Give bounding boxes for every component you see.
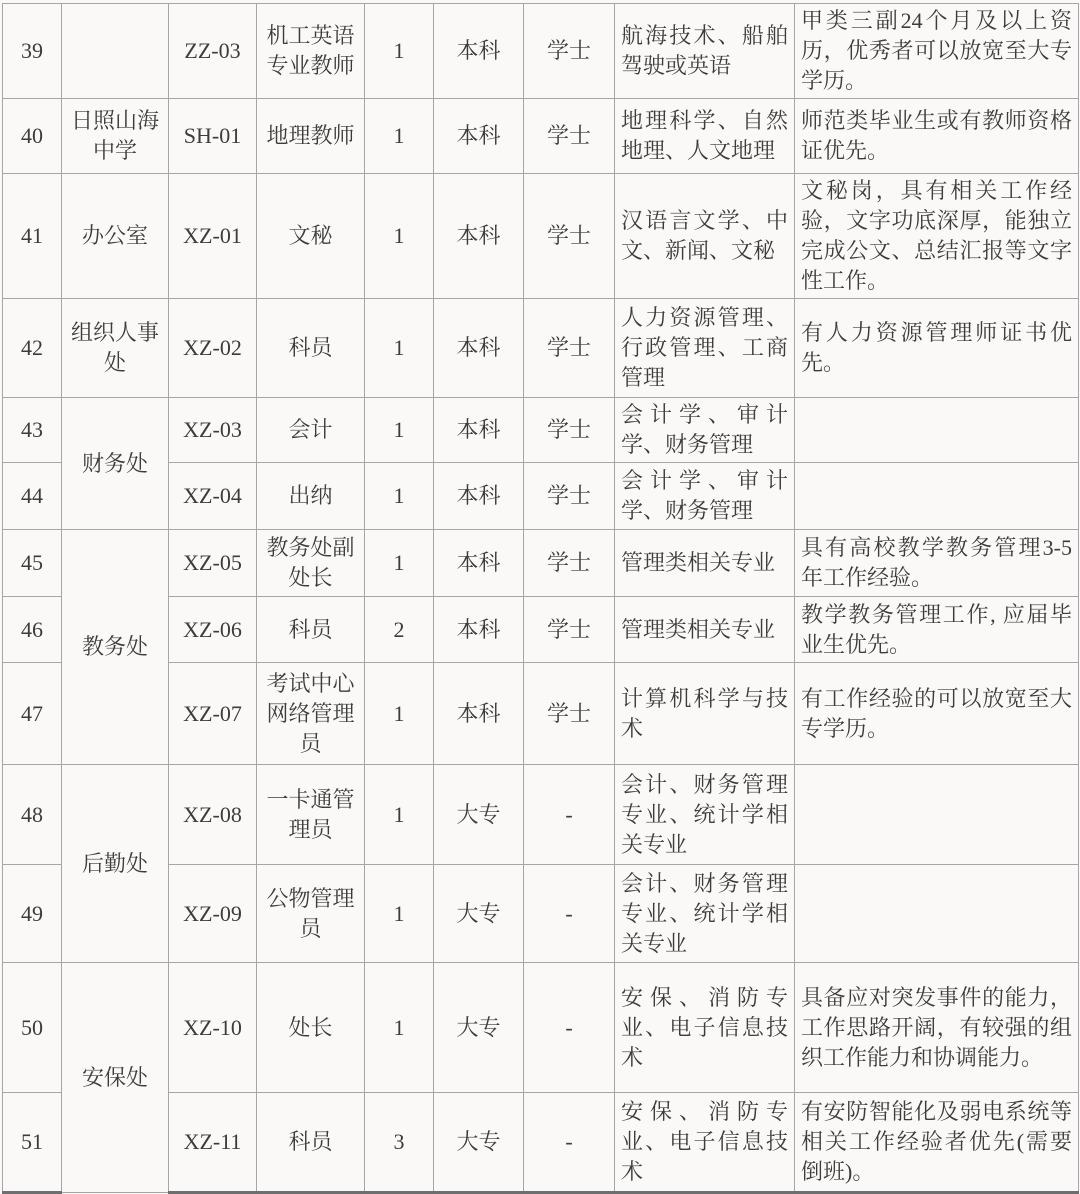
position-cell: 科员 [257, 299, 365, 398]
job-code-cell: XZ-05 [169, 530, 257, 597]
row-number-cell: 50 [3, 963, 62, 1093]
headcount-cell: 1 [365, 530, 434, 597]
row-number-cell: 39 [3, 4, 62, 99]
degree-cell: 学士 [524, 99, 615, 174]
position-cell: 机工英语专业教师 [257, 4, 365, 99]
education-cell: 大专 [434, 1093, 524, 1193]
major-cell: 会计、财务管理专业、统计学相关专业 [615, 765, 795, 865]
headcount-cell: 2 [365, 597, 434, 663]
job-code-cell: XZ-07 [169, 663, 257, 765]
major-cell: 汉语言文学、中文、新闻、文秘 [615, 174, 795, 299]
major-cell: 人力资源管理、行政管理、工商管理 [615, 299, 795, 398]
degree-cell: - [524, 963, 615, 1093]
job-code-cell: XZ-01 [169, 174, 257, 299]
row-number-cell: 51 [3, 1093, 62, 1193]
row-number-cell: 47 [3, 663, 62, 765]
education-cell: 本科 [434, 530, 524, 597]
headcount-cell: 1 [365, 865, 434, 963]
department-cell: 日照山海中学 [62, 99, 169, 174]
position-cell: 地理教师 [257, 99, 365, 174]
degree-cell: 学士 [524, 597, 615, 663]
requirements-cell: 教学教务管理工作, 应届毕业生优先。 [795, 597, 1079, 663]
major-cell: 管理类相关专业 [615, 597, 795, 663]
position-cell: 会计 [257, 398, 365, 463]
department-cell-merged: 教务处 [62, 530, 169, 765]
position-cell: 处长 [257, 963, 365, 1093]
department-cell-merged: 安保处 [62, 963, 169, 1193]
job-code-cell: XZ-09 [169, 865, 257, 963]
major-cell: 会计学、审计学、财务管理 [615, 463, 795, 530]
headcount-cell: 1 [365, 174, 434, 299]
department-cell: 组织人事处 [62, 299, 169, 398]
requirements-cell: 师范类毕业生或有教师资格证优先。 [795, 99, 1079, 174]
degree-cell: 学士 [524, 463, 615, 530]
position-cell: 一卡通管理员 [257, 765, 365, 865]
job-code-cell: XZ-03 [169, 398, 257, 463]
row-number-cell: 49 [3, 865, 62, 963]
major-cell: 会计、财务管理专业、统计学相关专业 [615, 865, 795, 963]
major-cell: 安保、消防专业、电子信息技术 [615, 963, 795, 1093]
headcount-cell: 1 [365, 4, 434, 99]
table-row: 45 教务处 XZ-05 教务处副处长 1 本科 学士 管理类相关专业 具有高校… [3, 530, 1079, 597]
headcount-cell: 1 [365, 299, 434, 398]
education-cell: 本科 [434, 597, 524, 663]
education-cell: 大专 [434, 865, 524, 963]
requirements-cell [795, 398, 1079, 463]
requirements-cell [795, 463, 1079, 530]
major-cell: 安保、消防专业、电子信息技术 [615, 1093, 795, 1193]
table-row: 39 ZZ-03 机工英语专业教师 1 本科 学士 航海技术、船舶驾驶或英语 甲… [3, 4, 1079, 99]
row-number-cell: 40 [3, 99, 62, 174]
requirements-cell: 有安防智能化及弱电系统等相关工作经验者优先(需要倒班)。 [795, 1093, 1079, 1193]
headcount-cell: 1 [365, 663, 434, 765]
department-cell-merged: 后勤处 [62, 765, 169, 963]
row-number-cell: 41 [3, 174, 62, 299]
education-cell: 本科 [434, 4, 524, 99]
table-row: 50 安保处 XZ-10 处长 1 大专 - 安保、消防专业、电子信息技术 具备… [3, 963, 1079, 1093]
education-cell: 本科 [434, 299, 524, 398]
education-cell: 本科 [434, 398, 524, 463]
requirements-cell [795, 865, 1079, 963]
requirements-cell: 有人力资源管理师证书优先。 [795, 299, 1079, 398]
position-cell: 出纳 [257, 463, 365, 530]
job-code-cell: ZZ-03 [169, 4, 257, 99]
education-cell: 大专 [434, 765, 524, 865]
degree-cell: 学士 [524, 398, 615, 463]
position-cell: 科员 [257, 1093, 365, 1193]
position-cell: 考试中心网络管理员 [257, 663, 365, 765]
job-code-cell: SH-01 [169, 99, 257, 174]
job-code-cell: XZ-10 [169, 963, 257, 1093]
headcount-cell: 1 [365, 463, 434, 530]
table-row: 48 后勤处 XZ-08 一卡通管理员 1 大专 - 会计、财务管理专业、统计学… [3, 765, 1079, 865]
position-cell: 公物管理员 [257, 865, 365, 963]
major-cell: 地理科学、自然地理、人文地理 [615, 99, 795, 174]
position-cell: 教务处副处长 [257, 530, 365, 597]
degree-cell: - [524, 765, 615, 865]
degree-cell: 学士 [524, 174, 615, 299]
job-code-cell: XZ-02 [169, 299, 257, 398]
row-number-cell: 48 [3, 765, 62, 865]
job-code-cell: XZ-08 [169, 765, 257, 865]
recruitment-table: 39 ZZ-03 机工英语专业教师 1 本科 学士 航海技术、船舶驾驶或英语 甲… [2, 3, 1079, 1193]
row-number-cell: 45 [3, 530, 62, 597]
requirements-cell: 有工作经验的可以放宽至大专学历。 [795, 663, 1079, 765]
headcount-cell: 1 [365, 963, 434, 1093]
requirements-cell: 具有高校教学教务管理3-5年工作经验。 [795, 530, 1079, 597]
headcount-cell: 1 [365, 398, 434, 463]
table-row: 42 组织人事处 XZ-02 科员 1 本科 学士 人力资源管理、行政管理、工商… [3, 299, 1079, 398]
major-cell: 航海技术、船舶驾驶或英语 [615, 4, 795, 99]
education-cell: 本科 [434, 99, 524, 174]
row-number-cell: 42 [3, 299, 62, 398]
degree-cell: 学士 [524, 299, 615, 398]
department-cell-merged: 财务处 [62, 398, 169, 530]
headcount-cell: 3 [365, 1093, 434, 1193]
requirements-cell: 甲类三副24个月及以上资历，优秀者可以放宽至大专学历。 [795, 4, 1079, 99]
job-code-cell: XZ-04 [169, 463, 257, 530]
department-cell: 办公室 [62, 174, 169, 299]
table-row: 43 财务处 XZ-03 会计 1 本科 学士 会计学、审计学、财务管理 [3, 398, 1079, 463]
recruitment-table-page: 39 ZZ-03 机工英语专业教师 1 本科 学士 航海技术、船舶驾驶或英语 甲… [0, 0, 1080, 1193]
job-code-cell: XZ-11 [169, 1093, 257, 1193]
degree-cell: 学士 [524, 530, 615, 597]
row-number-cell: 43 [3, 398, 62, 463]
table-row: 41 办公室 XZ-01 文秘 1 本科 学士 汉语言文学、中文、新闻、文秘 文… [3, 174, 1079, 299]
degree-cell: - [524, 1093, 615, 1193]
education-cell: 本科 [434, 174, 524, 299]
major-cell: 会计学、审计学、财务管理 [615, 398, 795, 463]
requirements-cell: 文秘岗，具有相关工作经验，文字功底深厚，能独立完成公文、总结汇报等文字性工作。 [795, 174, 1079, 299]
table-row: 40 日照山海中学 SH-01 地理教师 1 本科 学士 地理科学、自然地理、人… [3, 99, 1079, 174]
education-cell: 本科 [434, 663, 524, 765]
headcount-cell: 1 [365, 99, 434, 174]
degree-cell: 学士 [524, 4, 615, 99]
education-cell: 大专 [434, 963, 524, 1093]
headcount-cell: 1 [365, 765, 434, 865]
position-cell: 科员 [257, 597, 365, 663]
row-number-cell: 44 [3, 463, 62, 530]
row-number-cell: 46 [3, 597, 62, 663]
position-cell: 文秘 [257, 174, 365, 299]
requirements-cell [795, 765, 1079, 865]
degree-cell: 学士 [524, 663, 615, 765]
education-cell: 本科 [434, 463, 524, 530]
degree-cell: - [524, 865, 615, 963]
major-cell: 管理类相关专业 [615, 530, 795, 597]
major-cell: 计算机科学与技术 [615, 663, 795, 765]
department-cell [62, 4, 169, 99]
requirements-cell: 具备应对突发事件的能力，工作思路开阔，有较强的组织工作能力和协调能力。 [795, 963, 1079, 1093]
job-code-cell: XZ-06 [169, 597, 257, 663]
